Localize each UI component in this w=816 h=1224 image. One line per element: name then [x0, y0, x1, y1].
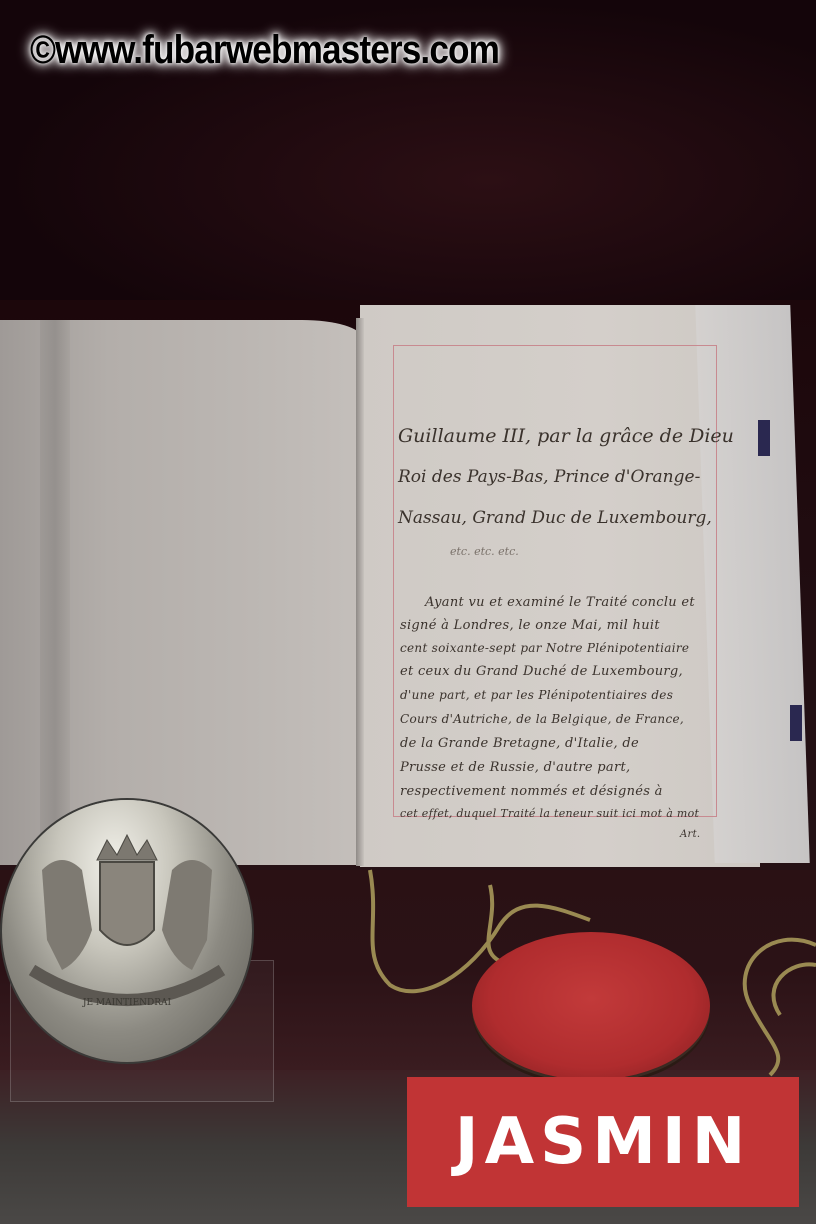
- ribbon-marker: [758, 420, 770, 456]
- etc-line: etc. etc. etc.: [450, 545, 519, 558]
- body-line: Prusse et de Russie, d'autre part,: [400, 760, 630, 775]
- body-line: signé à Londres, le onze Mai, mil huit: [400, 618, 660, 633]
- jasmin-logo-text: JASMIN: [455, 1105, 752, 1179]
- heading-line: Nassau, Grand Duc de Luxembourg,: [398, 508, 712, 528]
- heading-line: Roi des Pays-Bas, Prince d'Orange-: [398, 467, 700, 487]
- coat-of-arms-icon: JE MAINTIENDRAI: [2, 800, 252, 1062]
- jasmin-logo-badge: JASMIN: [407, 1077, 799, 1207]
- red-wax-seal: [472, 932, 710, 1080]
- svg-text:JE MAINTIENDRAI: JE MAINTIENDRAI: [82, 998, 172, 1008]
- body-line: respectivement nommés et désignés à: [400, 784, 663, 799]
- body-line: et ceux du Grand Duché de Luxembourg,: [400, 664, 683, 679]
- body-line: cent soixante-sept par Notre Plénipotent…: [400, 641, 689, 655]
- display-case-photo: Guillaume III, par la grâce de Dieu Roi …: [0, 0, 816, 1224]
- watermark-text: ©www.fubarwebmasters.com: [30, 28, 499, 73]
- body-line: Cours d'Autriche, de la Belgique, de Fra…: [400, 712, 684, 726]
- heading-line: Guillaume III, par la grâce de Dieu: [398, 425, 734, 447]
- body-line: d'une part, et par les Plénipotentiaires…: [400, 688, 673, 702]
- article-marker: Art.: [680, 829, 700, 840]
- body-line: de la Grande Bretagne, d'Italie, de: [400, 736, 639, 751]
- body-line: Ayant vu et examiné le Traité conclu et: [425, 595, 695, 610]
- silver-coat-of-arms-medal: JE MAINTIENDRAI: [2, 800, 252, 1062]
- page-fold-shadow: [40, 320, 70, 865]
- body-line: cet effet, duquel Traité la teneur suit …: [400, 807, 699, 820]
- book-gutter: [356, 318, 364, 866]
- ribbon-marker: [790, 705, 802, 741]
